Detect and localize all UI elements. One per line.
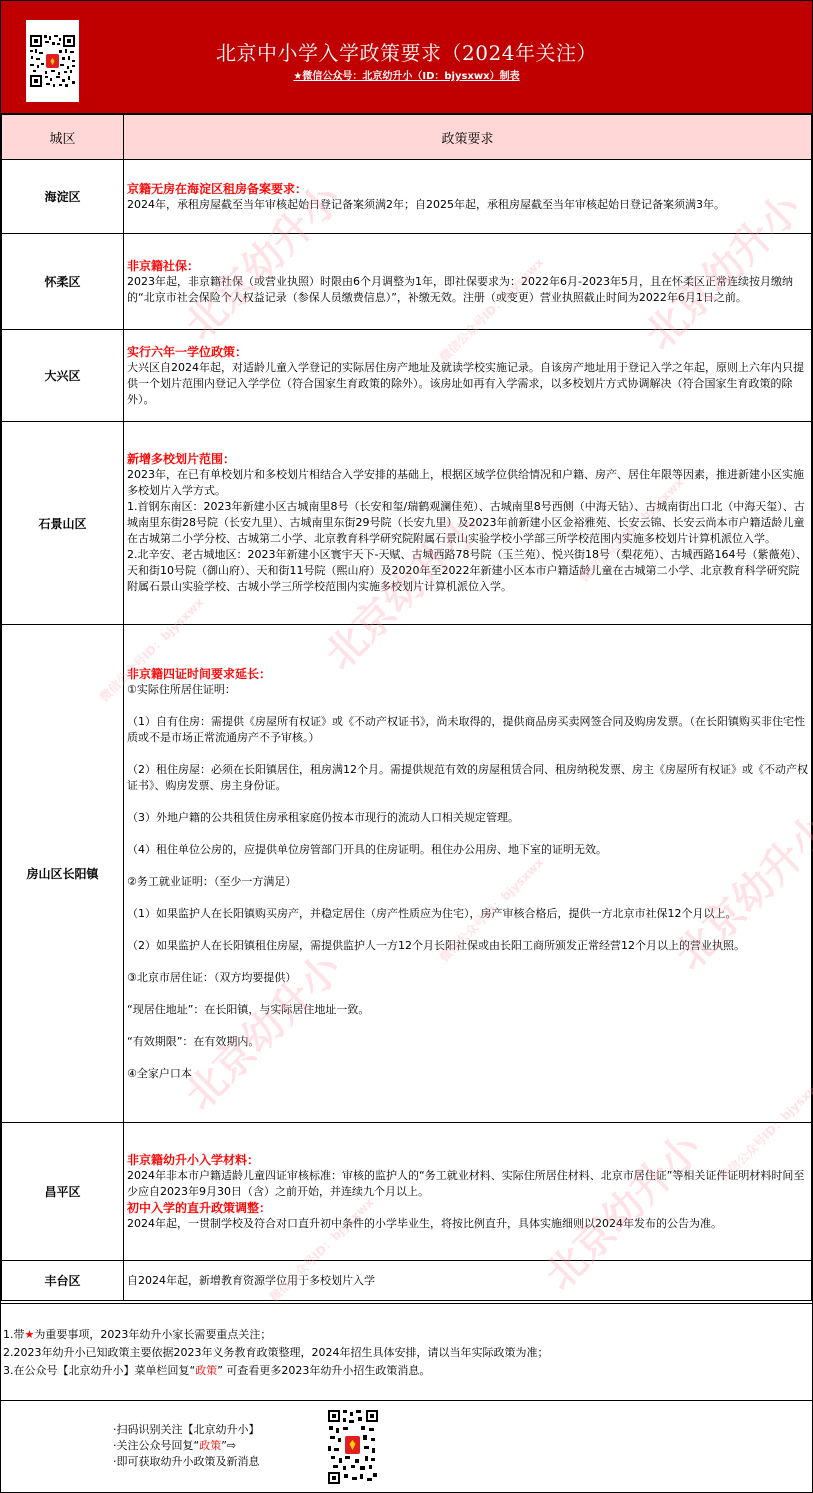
policy-heading: 非京籍四证时间要求延长： <box>127 666 808 682</box>
table-row: 房山区长阳镇非京籍四证时间要求延长：①实际住所居住证明：（1）自有住房：需提供《… <box>2 625 812 1123</box>
policy-heading: 初中入学的直升政策调整： <box>127 1200 808 1216</box>
policy-text: 大兴区自2024年起，对适龄儿童入学登记的实际居住房产地址及就读学校实施记录。自… <box>127 360 808 408</box>
table-row: 大兴区实行六年一学位政策：大兴区自2024年起，对适龄儿童入学登记的实际居住房产… <box>2 330 812 422</box>
policy-heading: 非京籍幼升小入学材料： <box>127 1152 808 1168</box>
policy-text: （3）外地户籍的公共租赁住房承租家庭仍按本市现行的流动人口相关规定管理。 <box>127 810 808 826</box>
star-icon: ★ <box>25 1328 35 1341</box>
column-header-policy: 政策要求 <box>124 115 812 160</box>
policy-text: （1）如果监护人在长阳镇购买房产，并稳定居住（房产性质应为住宅），房产审核合格后… <box>127 906 808 922</box>
policy-text: 2024年非本市户籍适龄儿童四证审核标准：审核的监护人的“务工就业材料、实际住所… <box>127 1168 808 1200</box>
district-cell: 丰台区 <box>2 1261 124 1301</box>
footer-line-1: ·扫码识别关注【北京幼升小】 <box>113 1422 260 1438</box>
policy-text: ④全家户口本 <box>127 1066 808 1082</box>
policy-cell: 非京籍社保：2023年起，非京籍社保（或营业执照）时限由6个月调整为1年，即社保… <box>124 234 812 330</box>
district-cell: 大兴区 <box>2 330 124 422</box>
policy-cell: 非京籍幼升小入学材料：2024年非本市户籍适龄儿童四证审核标准：审核的监护人的“… <box>124 1123 812 1261</box>
district-cell: 石景山区 <box>2 422 124 625</box>
policy-text: “现居住地址”：在长阳镇，与实际居住地址一致。 <box>127 1002 808 1018</box>
policy-text: 2.北辛安、老古城地区：2023年新建小区寰宇天下-天赋、古城西路78号院（玉兰… <box>127 547 808 595</box>
policy-cell: 京籍无房在海淀区租房备案要求：2024年，承租房屋截至当年审核起始日登记备案须满… <box>124 160 812 234</box>
policy-heading: 京籍无房在海淀区租房备案要求： <box>127 181 808 197</box>
policy-text: ①实际住所居住证明： <box>127 682 808 698</box>
policy-text: 1.首钢东南区：2023年新建小区古城南里8号（长安和玺/瑞鹤观澜佳苑）、古城南… <box>127 499 808 547</box>
table-row: 怀柔区非京籍社保：2023年起，非京籍社保（或营业执照）时限由6个月调整为1年，… <box>2 234 812 330</box>
policy-table: 城区 政策要求 海淀区京籍无房在海淀区租房备案要求：2024年，承租房屋截至当年… <box>1 114 812 1301</box>
table-row: 海淀区京籍无房在海淀区租房备案要求：2024年，承租房屋截至当年审核起始日登记备… <box>2 160 812 234</box>
policy-text: 自2024年起，新增教育资源学位用于多校划片入学 <box>127 1273 808 1289</box>
notes-section: 1.带★为重要事项，2023年幼升小家长需要重点关注； 2.2023年幼升小已知… <box>1 1303 812 1401</box>
policy-text: （4）租住单位公房的，应提供单位房管部门开具的住房证明。租住办公用房、地下室的证… <box>127 842 808 858</box>
policy-heading: 新增多校划片范围： <box>127 451 808 467</box>
policy-text: 2024年，承租房屋截至当年审核起始日登记备案须满2年；自2025年起，承租房屋… <box>127 197 808 213</box>
title-banner: 北京中小学入学政策要求（2024年关注） ★微信公众号：北京幼升小（ID：bjy… <box>1 1 812 114</box>
policy-text: ③北京市居住证：（双方均要提供） <box>127 970 808 986</box>
policy-sheet: 北京中小学入学政策要求（2024年关注） ★微信公众号：北京幼升小（ID：bjy… <box>0 0 813 1493</box>
subtitle-credit: ★微信公众号：北京幼升小（ID：bjysxwx）制表 <box>1 67 812 82</box>
table-row: 石景山区新增多校划片范围：2023年，在已有单校划片和多校划片相结合入学安排的基… <box>2 422 812 625</box>
column-header-district: 城区 <box>2 115 124 160</box>
policy-text: ②务工就业证明：（至少一方满足） <box>127 874 808 890</box>
policy-cell: 非京籍四证时间要求延长：①实际住所居住证明：（1）自有住房：需提供《房屋所有权证… <box>124 625 812 1123</box>
table-row: 昌平区非京籍幼升小入学材料：2024年非本市户籍适龄儿童四证审核标准：审核的监护… <box>2 1123 812 1261</box>
policy-text: （2）如果监护人在长阳镇租住房屋，需提供监护人一方12个月长阳社保或由长阳工商所… <box>127 938 808 954</box>
district-cell: 房山区长阳镇 <box>2 625 124 1123</box>
footer-line-2: ·关注公众号回复“政策”⇨ <box>113 1438 260 1454</box>
policy-text: （1）自有住房：需提供《房屋所有权证》或《不动产权证书》，尚未取得的，提供商品房… <box>127 714 808 746</box>
policy-text: 2023年起，非京籍社保（或营业执照）时限由6个月调整为1年，即社保要求为：20… <box>127 274 808 306</box>
footer-line-3: ·即可获取幼升小政策及新消息 <box>113 1454 260 1470</box>
district-cell: 昌平区 <box>2 1123 124 1261</box>
policy-text: “有效期限”：在有效期内。 <box>127 1034 808 1050</box>
policy-cell: 新增多校划片范围：2023年，在已有单校划片和多校划片相结合入学安排的基础上，根… <box>124 422 812 625</box>
policy-heading: 实行六年一学位政策： <box>127 344 808 360</box>
policy-cell: 实行六年一学位政策：大兴区自2024年起，对适龄儿童入学登记的实际居住房产地址及… <box>124 330 812 422</box>
policy-heading: 非京籍社保： <box>127 258 808 274</box>
footer-section: ·扫码识别关注【北京幼升小】 ·关注公众号回复“政策”⇨ ·即可获取幼升小政策及… <box>1 1400 812 1492</box>
district-cell: 海淀区 <box>2 160 124 234</box>
policy-text: 2024年起，一贯制学校及符合对口直升初中条件的小学毕业生，将按比例直升，具体实… <box>127 1216 808 1232</box>
note-3: 3.在公众号【北京幼升小】菜单栏回复“政策” 可查看更多2023年幼升小招生政策… <box>3 1362 548 1380</box>
page-title: 北京中小学入学政策要求（2024年关注） <box>1 37 812 66</box>
policy-cell: 自2024年起，新增教育资源学位用于多校划片入学 <box>124 1261 812 1301</box>
district-cell: 怀柔区 <box>2 234 124 330</box>
policy-text: （2）租住房屋：必须在长阳镇居住，租房满12个月。需提供规范有效的房屋租赁合同、… <box>127 762 808 794</box>
footer-qr-code-icon <box>327 1408 379 1490</box>
policy-text: 2023年，在已有单校划片和多校划片相结合入学安排的基础上，根据区域学位供给情况… <box>127 467 808 499</box>
table-row: 丰台区自2024年起，新增教育资源学位用于多校划片入学 <box>2 1261 812 1301</box>
table-header-row: 城区 政策要求 <box>2 115 812 160</box>
note-1: 1.带★为重要事项，2023年幼升小家长需要重点关注； <box>3 1326 548 1344</box>
note-2: 2.2023年幼升小已知政策主要依据2023年义务教育政策整理，2024年招生具… <box>3 1344 548 1362</box>
